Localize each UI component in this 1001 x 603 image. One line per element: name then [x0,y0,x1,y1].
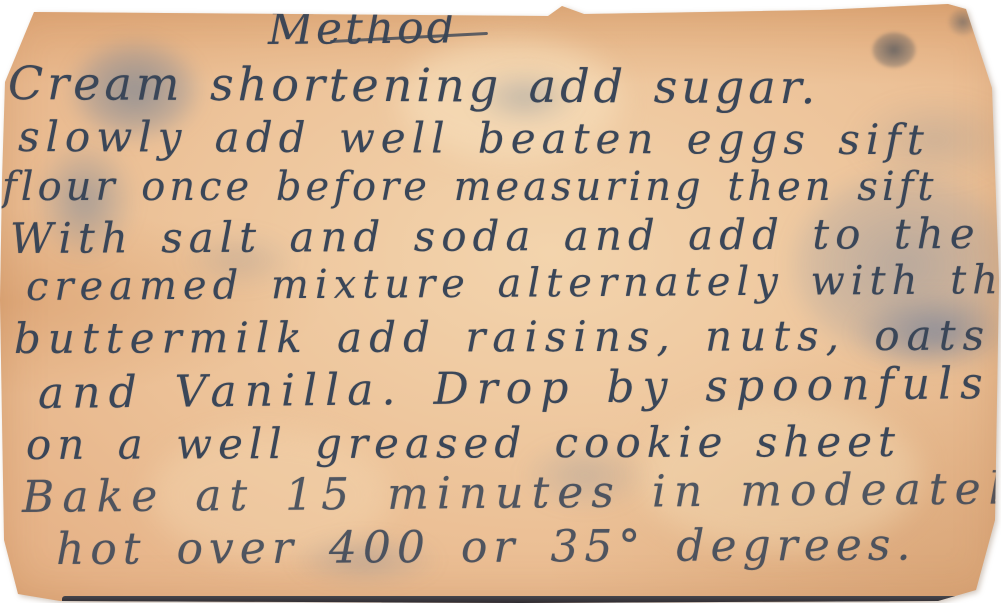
ink-smudge [290,535,440,585]
handwritten-line-2: slowly add well beaten eggs sift [18,112,930,164]
dark-stain-spot [872,32,916,68]
ink-smudge [850,95,1001,185]
pen-stroke [330,32,488,43]
handwritten-line-9: Bake at 15 minutes in modeately [22,463,1001,523]
ink-smudge [70,40,200,140]
handwritten-line-4: With salt and soda and add to the [10,209,981,263]
handwritten-line-3: flour once before measuring then sift [2,164,938,210]
card-title: Method [268,2,458,55]
ink-smudge [855,295,1001,370]
paper-light-patch [640,400,920,550]
dark-stain-spot [948,8,978,36]
card-bottom-edge-shadow [62,596,994,603]
ink-smudge [180,230,300,290]
handwritten-line-7: and Vanilla. Drop by spoonfuls [38,358,991,419]
ink-smudge [790,170,1001,360]
handwritten-line-8: on a well greased cookie sheet [26,417,901,469]
handwritten-line-6: buttermilk add raisins, nuts, oats [14,311,991,363]
ink-smudge [520,440,650,510]
recipe-card: Method Cream shortening add sugar. slowl… [0,0,1001,603]
paper-light-patch [150,430,390,560]
ink-smudge [35,140,135,260]
paper-light-patch [400,40,620,160]
scanned-image: Method Cream shortening add sugar. slowl… [0,0,1001,603]
handwritten-line-5: creamed mixture alternately with the [26,257,1001,310]
handwritten-line-10: hot over 400 or 35° degrees. [56,519,917,575]
ink-smudge [470,70,580,125]
handwritten-line-1: Cream shortening add sugar. [8,56,820,114]
recipe-card-wrapper: Method Cream shortening add sugar. slowl… [0,0,1001,603]
